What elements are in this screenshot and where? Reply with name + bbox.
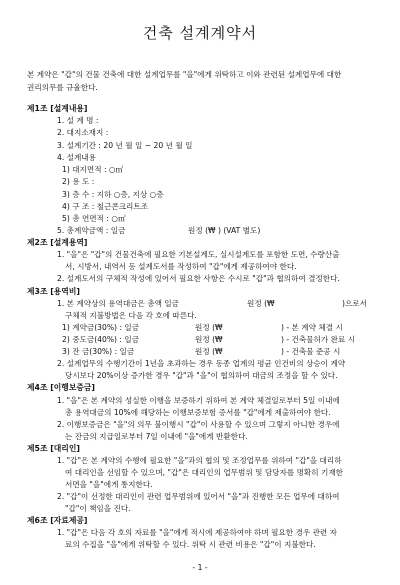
article-1-sub-land-area: 1) 대지면적 : ○㎡ bbox=[62, 164, 123, 176]
article-1-sub-floors: 3) 층 수 : 지하 ○층, 지상 ○층 bbox=[62, 189, 164, 201]
article-2-line-2: 서, 시방서, 내역서 등 설계도서를 작성하여 "갑"에게 제공하여야 한다. bbox=[65, 261, 297, 273]
article-3-interim: 2) 중도금(40%) : 일금 bbox=[62, 334, 139, 346]
article-2-heading: 제2조 [설계용역] bbox=[27, 237, 87, 249]
article-3-line-4: 당시보다 20%이상 증가한 경우 "갑"과 "을"이 협의하여 대금의 조정을… bbox=[65, 370, 338, 382]
article-4-line-3: 2. 이행보증금은 "을"의 의무 불이행시 "갑"이 사용할 수 있으며 그렇… bbox=[57, 419, 340, 431]
article-1-sub-use: 2) 용 도 : bbox=[62, 176, 94, 188]
article-1-item-total-amount: 5. 총계약금액 : 일금 bbox=[57, 225, 125, 237]
article-3-balance-when: ) - 건축물 준공 시 bbox=[281, 346, 340, 358]
article-3-line-1: 1. 본 계약상의 용역대금은 총액 일금 bbox=[57, 298, 179, 310]
article-1-heading: 제1조 [설계내용] bbox=[27, 103, 87, 115]
article-1-sub-structure: 4) 구 조 : 철근콘크리트조 bbox=[62, 201, 148, 213]
document-title: 건축 설계계약서 bbox=[0, 22, 400, 43]
article-1-sub-total-area: 5) 총 연면적 : ○㎡ bbox=[62, 213, 126, 225]
article-3-balance: 3) 잔 금(30%) : 일금 bbox=[62, 346, 134, 358]
article-1-item-period: 3. 설계기간 : 20 년 월 일 ~ 20 년 월 일 bbox=[57, 140, 192, 152]
article-1-item-contents: 4. 설계내용 bbox=[57, 152, 96, 164]
article-2-line-3: 2. 설계도서의 구체적 작성에 있어서 필요한 사항은 수시로 "갑"과 협의… bbox=[57, 273, 340, 285]
contract-page: 건축 설계계약서 본 계약은 "갑"의 건물 건축에 대한 설계업무를 "을"에… bbox=[0, 0, 400, 585]
article-3-line-1-end: )으로서 bbox=[342, 298, 367, 310]
article-6-line-1: 1. "갑"은 다음 각 호의 자료를 "을"에게 적시에 제공하여야 하며 필… bbox=[57, 527, 337, 539]
article-3-interim-won: 원정 (₩ bbox=[195, 334, 223, 346]
article-2-line-1: 1. "을"은 "갑"의 건물건축에 필요한 기본설계도, 실시설계도를 포함한… bbox=[57, 249, 340, 261]
article-4-line-2: 총 용역대금의 10%에 해당하는 이행보증보험 증서를 "갑"에게 제출하여야… bbox=[65, 407, 331, 419]
article-5-line-2: 여 대리인을 선임할 수 있으며, "갑"은 대리인의 업무범위 및 담당자를 … bbox=[65, 467, 343, 479]
article-5-line-5: "갑"이 책임을 진다. bbox=[65, 503, 131, 515]
article-5-heading: 제5조 [대리인] bbox=[27, 443, 80, 455]
intro-line-1: 본 계약은 "갑"의 건물 건축에 대한 설계업무를 "을"에게 위탁하고 이와… bbox=[27, 69, 341, 81]
article-1-amount-won: 원정 (₩ ) (VAT 별도) bbox=[188, 225, 260, 237]
article-5-line-3: 서면을 "을"에게 통지한다. bbox=[65, 479, 153, 491]
intro-line-2: 권리의무를 규율한다. bbox=[27, 82, 98, 94]
article-6-heading: 제6조 [자료제공] bbox=[27, 515, 87, 527]
page-number: - 1 - bbox=[0, 563, 400, 572]
article-3-deposit: 1) 계약금(30%) : 일금 bbox=[62, 322, 139, 334]
article-6-line-2: 료의 수집을 "을"에게 위탁할 수 있다. 위탁 시 관련 비용은 "갑"이 … bbox=[65, 539, 316, 551]
article-4-line-1: 1. "을"은 본 계약의 성실한 이행을 보증하기 위하여 본 계약 체결일로… bbox=[57, 395, 340, 407]
article-3-line-1-won: 원정 (₩ bbox=[247, 298, 275, 310]
article-1-item-site: 2. 대지소재지 : bbox=[57, 127, 108, 139]
article-3-line-2: 구체적 지불방법은 다음 각 호에 따른다. bbox=[65, 310, 197, 322]
article-1-item-name: 1. 설 계 명 : bbox=[57, 115, 98, 127]
article-5-line-1: 1. "갑"은 본 계약의 수행에 필요한 "을"과의 협의 및 조정업무를 위… bbox=[57, 455, 342, 467]
article-3-deposit-when: ) - 본 계약 체결 시 bbox=[281, 322, 343, 334]
article-3-balance-won: 원정 (₩ bbox=[195, 346, 223, 358]
article-4-line-4: 는 잔금의 지급일로부터 7일 이내에 "을"에게 반환한다. bbox=[65, 431, 248, 443]
article-3-interim-when: ) - 건축물허가 완료 시 bbox=[281, 334, 355, 346]
article-5-line-4: 2. "갑"이 선정한 대리인이 관련 업무범위에 있어서 "을"과 진행한 모… bbox=[57, 491, 340, 503]
article-3-heading: 제3조 [용역비] bbox=[27, 286, 80, 298]
article-3-deposit-won: 원정 (₩ bbox=[195, 322, 223, 334]
article-3-line-3: 2. 설계업무의 수행기간이 1년을 초과하는 경우 동종 업계의 평균 인건비… bbox=[57, 358, 345, 370]
article-4-heading: 제4조 [이행보증금] bbox=[27, 382, 95, 394]
